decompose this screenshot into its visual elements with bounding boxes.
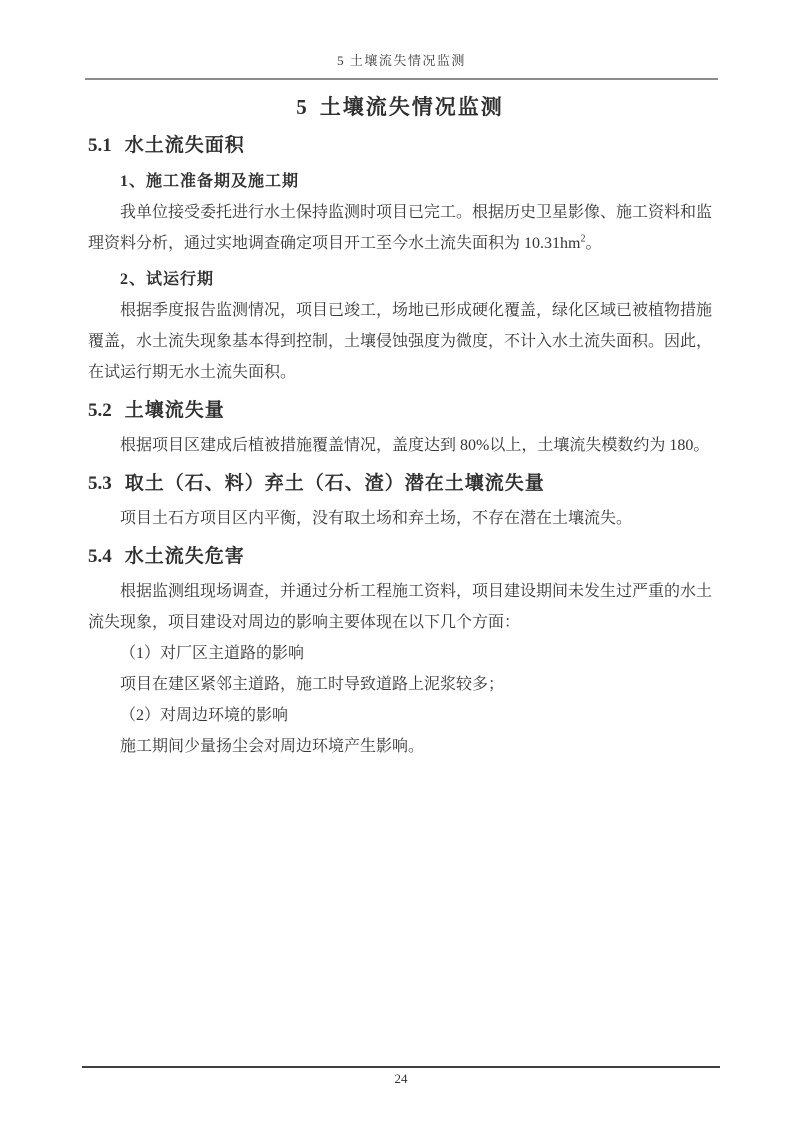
section-heading-text-5-1: 水土流失面积 xyxy=(125,135,245,156)
section-heading-5-2: 5.2土壤流失量 xyxy=(88,396,712,426)
section-number-5-1: 5.1 xyxy=(88,135,112,156)
section-heading-text-5-3: 取土（石、料）弃土（石、渣）潜在土壤流失量 xyxy=(125,473,545,494)
page-header: 5 土壤流失情况监测 xyxy=(85,0,718,80)
subsection-label-trial-period: 2、试运行期 xyxy=(88,264,712,295)
chapter-title-text: 土壤流失情况监测 xyxy=(320,95,504,119)
section-heading-text-5-4: 水土流失危害 xyxy=(125,546,245,567)
section-number-5-2: 5.2 xyxy=(88,400,112,421)
document-page: 5 土壤流失情况监测 5土壤流失情况监测 5.1水土流失面积 1、施工准备期及施… xyxy=(0,0,800,1130)
list-item-2-text: 施工期间少量扬尘会对周边环境产生影响。 xyxy=(88,731,712,762)
chapter-title: 5土壤流失情况监测 xyxy=(88,91,712,123)
document-content: 5土壤流失情况监测 5.1水土流失面积 1、施工准备期及施工期 我单位接受委托进… xyxy=(0,77,800,762)
section-heading-5-3: 5.3取土（石、料）弃土（石、渣）潜在土壤流失量 xyxy=(88,469,712,499)
section-number-5-3: 5.3 xyxy=(88,473,112,494)
list-item-1-title: （1）对厂区主道路的影响 xyxy=(88,638,712,669)
list-item-1-text: 项目在建区紧邻主道路，施工时导致道路上泥浆较多； xyxy=(88,669,712,700)
paragraph-soil-loss-amount: 根据项目区建成后植被措施覆盖情况，盖度达到 80%以上，土壤流失模数约为 180… xyxy=(88,430,712,461)
section-heading-text-5-2: 土壤流失量 xyxy=(125,400,225,421)
paragraph-erosion-area-period: 。 xyxy=(585,235,601,252)
subsection-label-construction-period: 1、施工准备期及施工期 xyxy=(88,166,712,197)
list-item-2-title: （2）对周边环境的影响 xyxy=(88,700,712,731)
paragraph-erosion-area-text: 我单位接受委托进行水土保持监测时项目已完工。根据历史卫星影像、施工资料和监理资料… xyxy=(88,204,712,252)
page-footer: 24 xyxy=(82,1066,720,1087)
paragraph-trial-period: 根据季度报告监测情况，项目已竣工，场地已形成硬化覆盖，绿化区域已被植物措施覆盖，… xyxy=(88,295,712,388)
chapter-number: 5 xyxy=(296,95,307,119)
paragraph-potential-soil-loss: 项目土石方项目区内平衡，没有取土场和弃土场，不存在潜在土壤流失。 xyxy=(88,503,712,534)
page-number: 24 xyxy=(395,1071,408,1086)
section-heading-5-4: 5.4水土流失危害 xyxy=(88,542,712,572)
running-header-text: 5 土壤流失情况监测 xyxy=(85,50,718,69)
section-heading-5-1: 5.1水土流失面积 xyxy=(88,131,712,161)
paragraph-erosion-area: 我单位接受委托进行水土保持监测时项目已完工。根据历史卫星影像、施工资料和监理资料… xyxy=(88,197,712,259)
paragraph-hazard-intro: 根据监测组现场调查，并通过分析工程施工资料，项目建设期间未发生过严重的水土流失现… xyxy=(88,576,712,638)
section-number-5-4: 5.4 xyxy=(88,546,112,567)
